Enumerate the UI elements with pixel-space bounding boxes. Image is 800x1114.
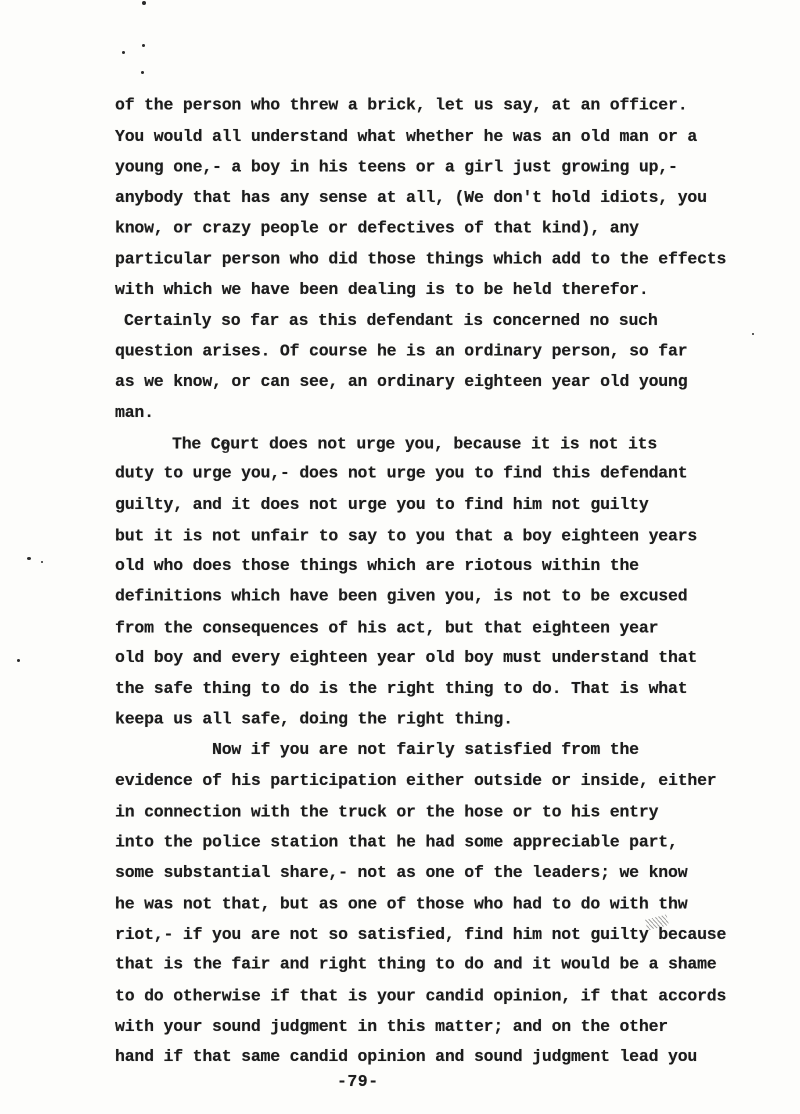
ink-speck xyxy=(142,44,145,47)
text-line: the safe thing to do is the right thing … xyxy=(115,674,775,705)
text-line: question arises. Of course he is an ordi… xyxy=(115,336,775,367)
text-line: some substantial share,- not as one of t… xyxy=(115,858,775,889)
text-line: keepa us all safe, doing the right thing… xyxy=(115,704,775,735)
text-line: that is the fair and right thing to do a… xyxy=(115,950,775,981)
text-line: riot,- if you are not so satisfied, find… xyxy=(115,920,775,951)
text-line: into the police station that he had some… xyxy=(115,827,775,858)
ink-speck xyxy=(141,71,144,74)
text-line: evidence of his participation either out… xyxy=(115,766,775,797)
text-line paragraph-start: The Court does not urge you, because it … xyxy=(115,429,775,460)
text-line: but it is not unfair to say to you that … xyxy=(115,521,775,552)
text-line: guilty, and it does not urge you to find… xyxy=(115,490,775,521)
text-line: from the consequences of his act, but th… xyxy=(115,613,775,644)
text-line: in connection with the truck or the hose… xyxy=(115,797,775,828)
ink-speck xyxy=(122,51,125,54)
text-line: particular person who did those things w… xyxy=(115,245,775,276)
text-line: old who does those things which are riot… xyxy=(115,551,775,582)
text-line: with which we have been dealing is to be… xyxy=(115,275,775,306)
ink-speck xyxy=(17,659,20,662)
text-line paragraph-start: Now if you are not fairly satisfied from… xyxy=(115,735,775,766)
text-line: as we know, or can see, an ordinary eigh… xyxy=(115,367,775,398)
text-line: know, or crazy people or defectives of t… xyxy=(115,213,775,244)
body-text: of the person who threw a brick, let us … xyxy=(115,91,775,1073)
text-line: with your sound judgment in this matter;… xyxy=(115,1012,775,1043)
page-number: -79- xyxy=(337,1071,379,1093)
document-page: g of the person who threw a brick, let u… xyxy=(0,0,800,1114)
ink-speck xyxy=(142,1,146,5)
text-line: old boy and every eighteen year old boy … xyxy=(115,643,775,674)
text-line: to do otherwise if that is your candid o… xyxy=(115,981,775,1012)
text-line: hand if that same candid opinion and sou… xyxy=(115,1042,775,1073)
text-line: Certainly so far as this defendant is co… xyxy=(115,306,775,337)
ink-speck xyxy=(27,557,31,560)
text-line: You would all understand what whether he… xyxy=(115,122,775,153)
ink-speck xyxy=(41,561,43,563)
text-line: man. xyxy=(115,398,775,429)
text-line: young one,- a boy in his teens or a girl… xyxy=(115,153,775,184)
text-line: of the person who threw a brick, let us … xyxy=(115,91,775,122)
text-line: he was not that, but as one of those who… xyxy=(115,889,775,920)
text-line: anybody that has any sense at all, (We d… xyxy=(115,183,775,214)
text-line: definitions which have been given you, i… xyxy=(115,582,775,613)
text-line: duty to urge you,- does not urge you to … xyxy=(115,459,775,490)
